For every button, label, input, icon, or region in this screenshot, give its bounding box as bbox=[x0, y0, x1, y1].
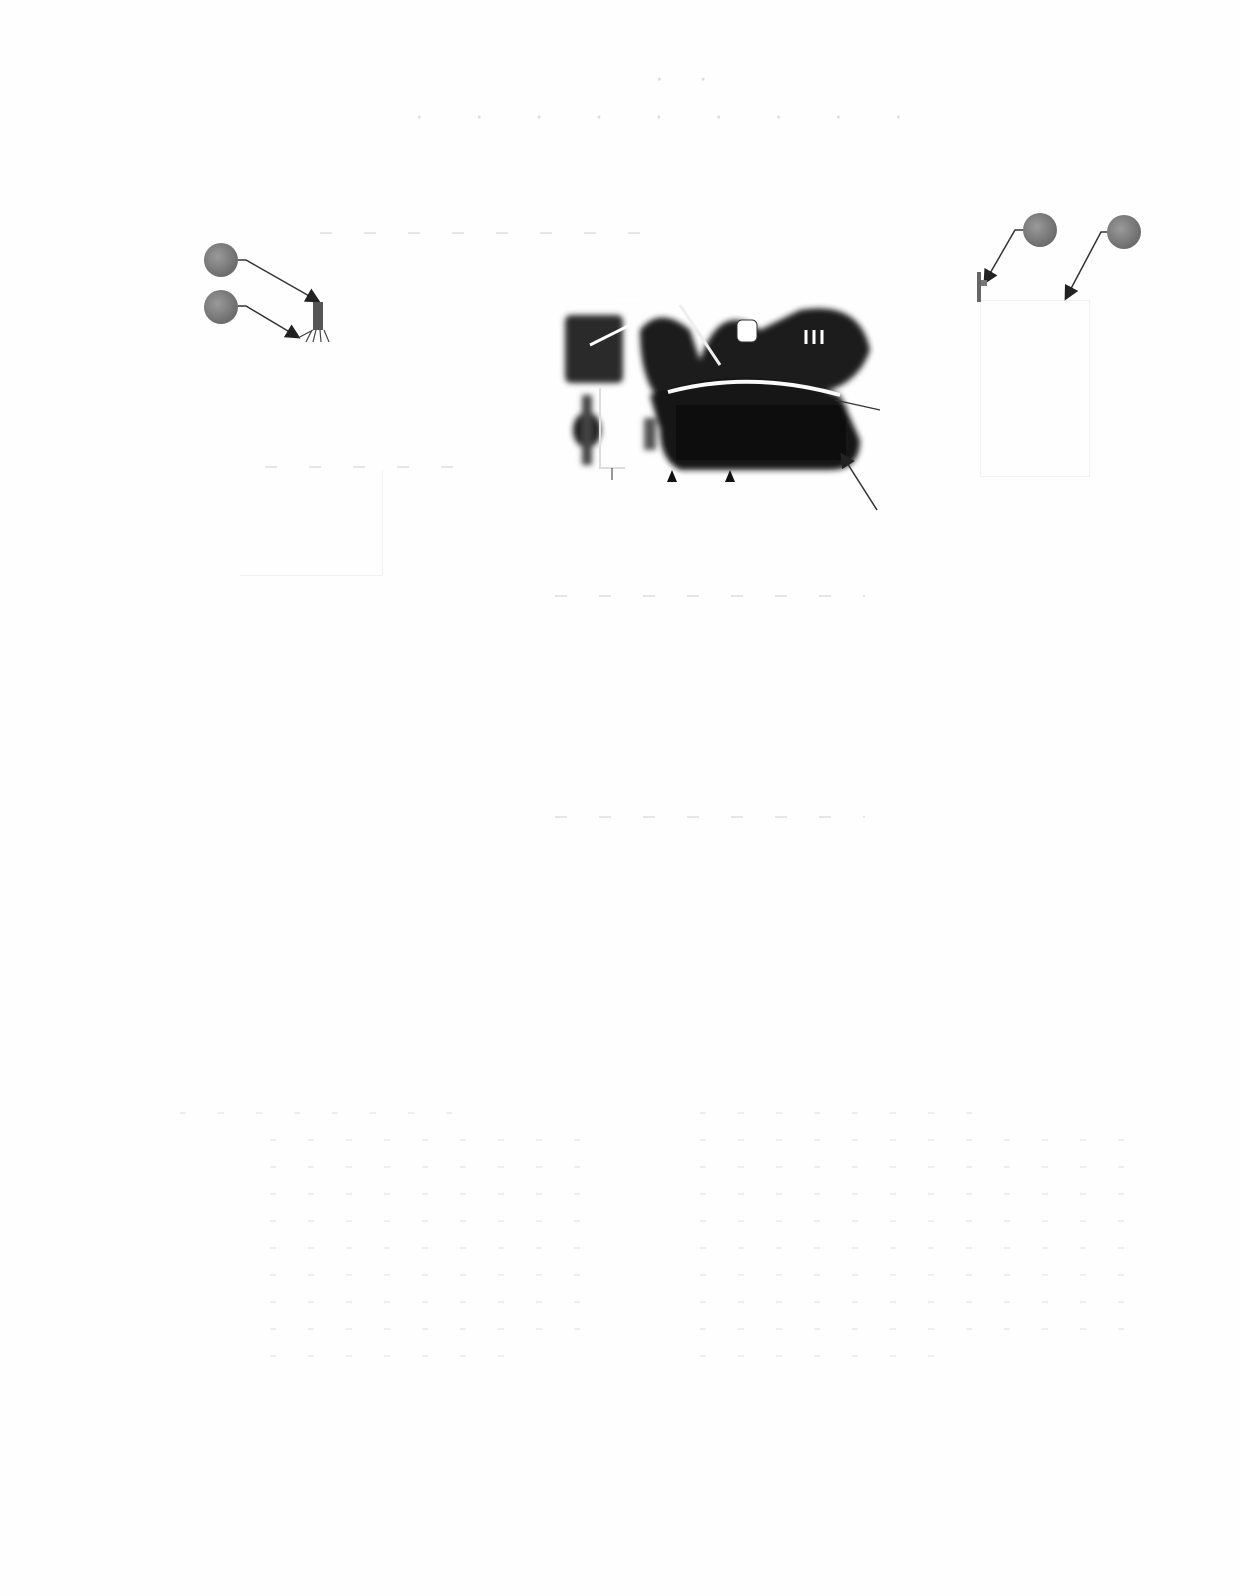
body-text-right-column bbox=[700, 1112, 1150, 1382]
body-text-left-column bbox=[180, 1112, 600, 1382]
